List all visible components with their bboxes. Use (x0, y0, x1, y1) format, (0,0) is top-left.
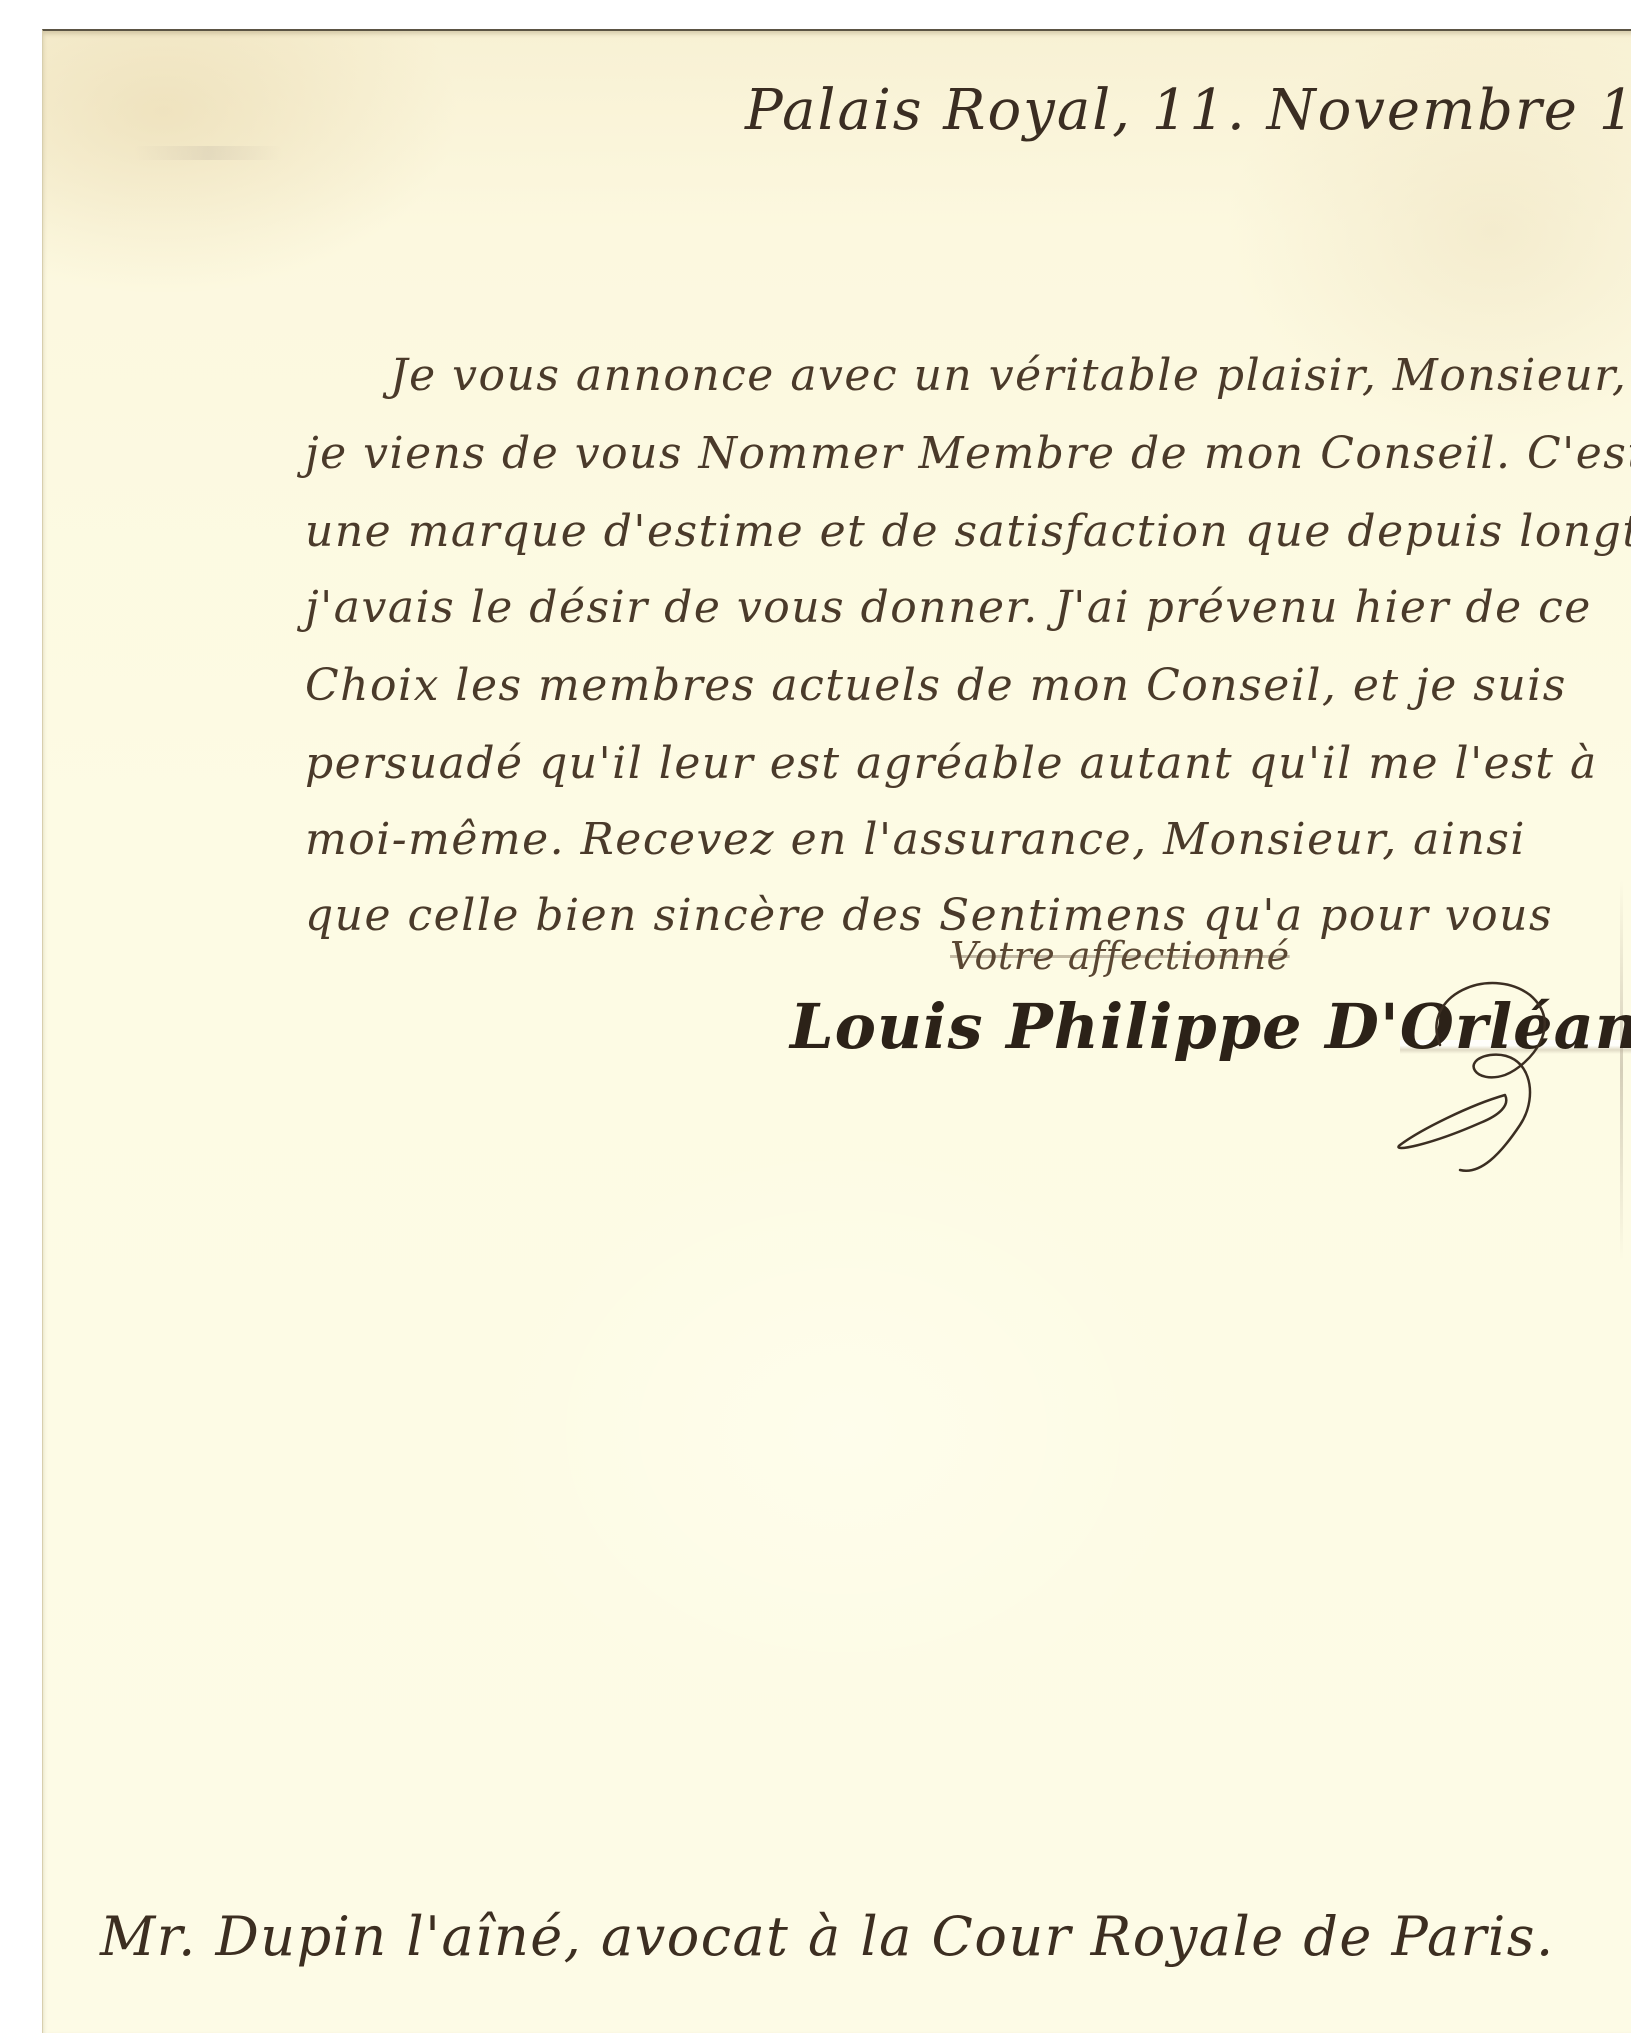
body-line: j'avais le désir de vous donner. J'ai pr… (305, 582, 1592, 633)
body-line: persuadé qu'il leur est agréable autant … (305, 738, 1598, 789)
body-line: moi-même. Recevez en l'assurance, Monsie… (305, 814, 1526, 865)
body-line: que celle bien sincère des Sentimens qu'… (305, 890, 1553, 941)
signature-paraph-flourish (1380, 955, 1580, 1185)
pencil-annotation (133, 146, 283, 160)
body-line: Choix les membres actuels de mon Conseil… (305, 660, 1567, 711)
paper-edge-shadow (1620, 880, 1623, 1260)
body-line: je viens de vous Nommer Membre de mon Co… (305, 428, 1631, 479)
closing-salutation: Votre affectionné (950, 934, 1290, 978)
body-line: une marque d'estime et de satisfaction q… (305, 506, 1631, 557)
recipient-address: Mr. Dupin l'aîné, avocat à la Cour Royal… (100, 1905, 1555, 1968)
dateline: Palais Royal, 11. Novembre 1820 (745, 78, 1631, 143)
body-line: Je vous annonce avec un véritable plaisi… (390, 350, 1631, 401)
